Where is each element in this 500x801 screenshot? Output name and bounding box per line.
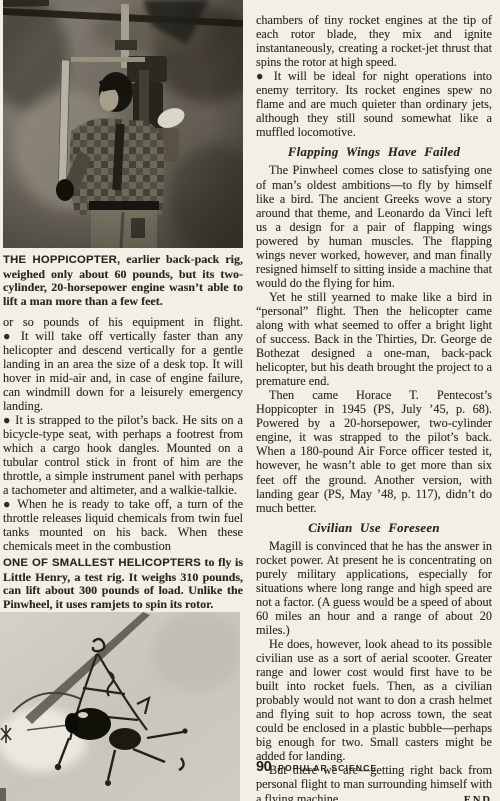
- magazine-page: THE HOPPICOPTER, earlier back-pack rig, …: [0, 0, 500, 801]
- page-footer: 90 POPULAR SCIENCE: [256, 759, 377, 775]
- heading-civilian-use: Civilian Use Foreseen: [256, 521, 492, 535]
- paragraph-pinwheel-ambition: The Pinwheel comes close to satisfying o…: [256, 163, 492, 289]
- right-column: chambers of tiny rocket engines at the t…: [256, 13, 492, 801]
- end-marker: END: [451, 794, 492, 801]
- paragraph-rocket-chambers: chambers of tiny rocket engines at the t…: [256, 13, 492, 69]
- left-column-text: or so pounds of his equipment in flight.…: [3, 315, 243, 561]
- caption-hoppicopter: THE HOPPICOPTER, earlier back-pack rig, …: [3, 253, 243, 308]
- left-column: THE HOPPICOPTER, earlier back-pack rig, …: [3, 0, 243, 561]
- paragraph-pentecost-hoppicopter: Then came Horace T. Pentecost’s Hoppicop…: [256, 388, 492, 514]
- paragraph-equipment: or so pounds of his equipment in flight.: [3, 315, 243, 329]
- hoppicopter-photo: [3, 0, 243, 248]
- paragraph-magill-rocket-power: Magill is convinced that he has the answ…: [256, 539, 492, 637]
- hoppicopter-photo-art: [3, 0, 243, 248]
- paragraph-vertical-takeoff: ● It will take off vertically faster tha…: [3, 329, 243, 413]
- paragraph-throttle-chemicals: ● When he is ready to take off, a turn o…: [3, 497, 243, 553]
- heading-flapping-wings: Flapping Wings Have Failed: [256, 145, 492, 159]
- caption-hoppicopter-lead: THE HOPPICOPTER,: [3, 254, 120, 266]
- paragraph-personal-flight: Yet he still yearned to make like a bird…: [256, 290, 492, 388]
- paragraph-aerial-scooter: He does, however, look ahead to its poss…: [256, 637, 492, 763]
- caption-little-henry-lead: ONE OF SMALLEST HELICOPTERS: [3, 557, 201, 569]
- magazine-name: POPULAR SCIENCE: [278, 763, 377, 773]
- paragraph-night-operations: ● It will be ideal for night operations …: [256, 69, 492, 139]
- page-number: 90: [256, 759, 271, 775]
- paragraph-strapped-back: ● It is strapped to the pilot’s back. He…: [3, 413, 243, 497]
- caption-little-henry: ONE OF SMALLEST HELICOPTERS to fly is Li…: [3, 556, 243, 611]
- little-henry-photo: [0, 612, 240, 801]
- little-henry-photo-art: [0, 612, 240, 801]
